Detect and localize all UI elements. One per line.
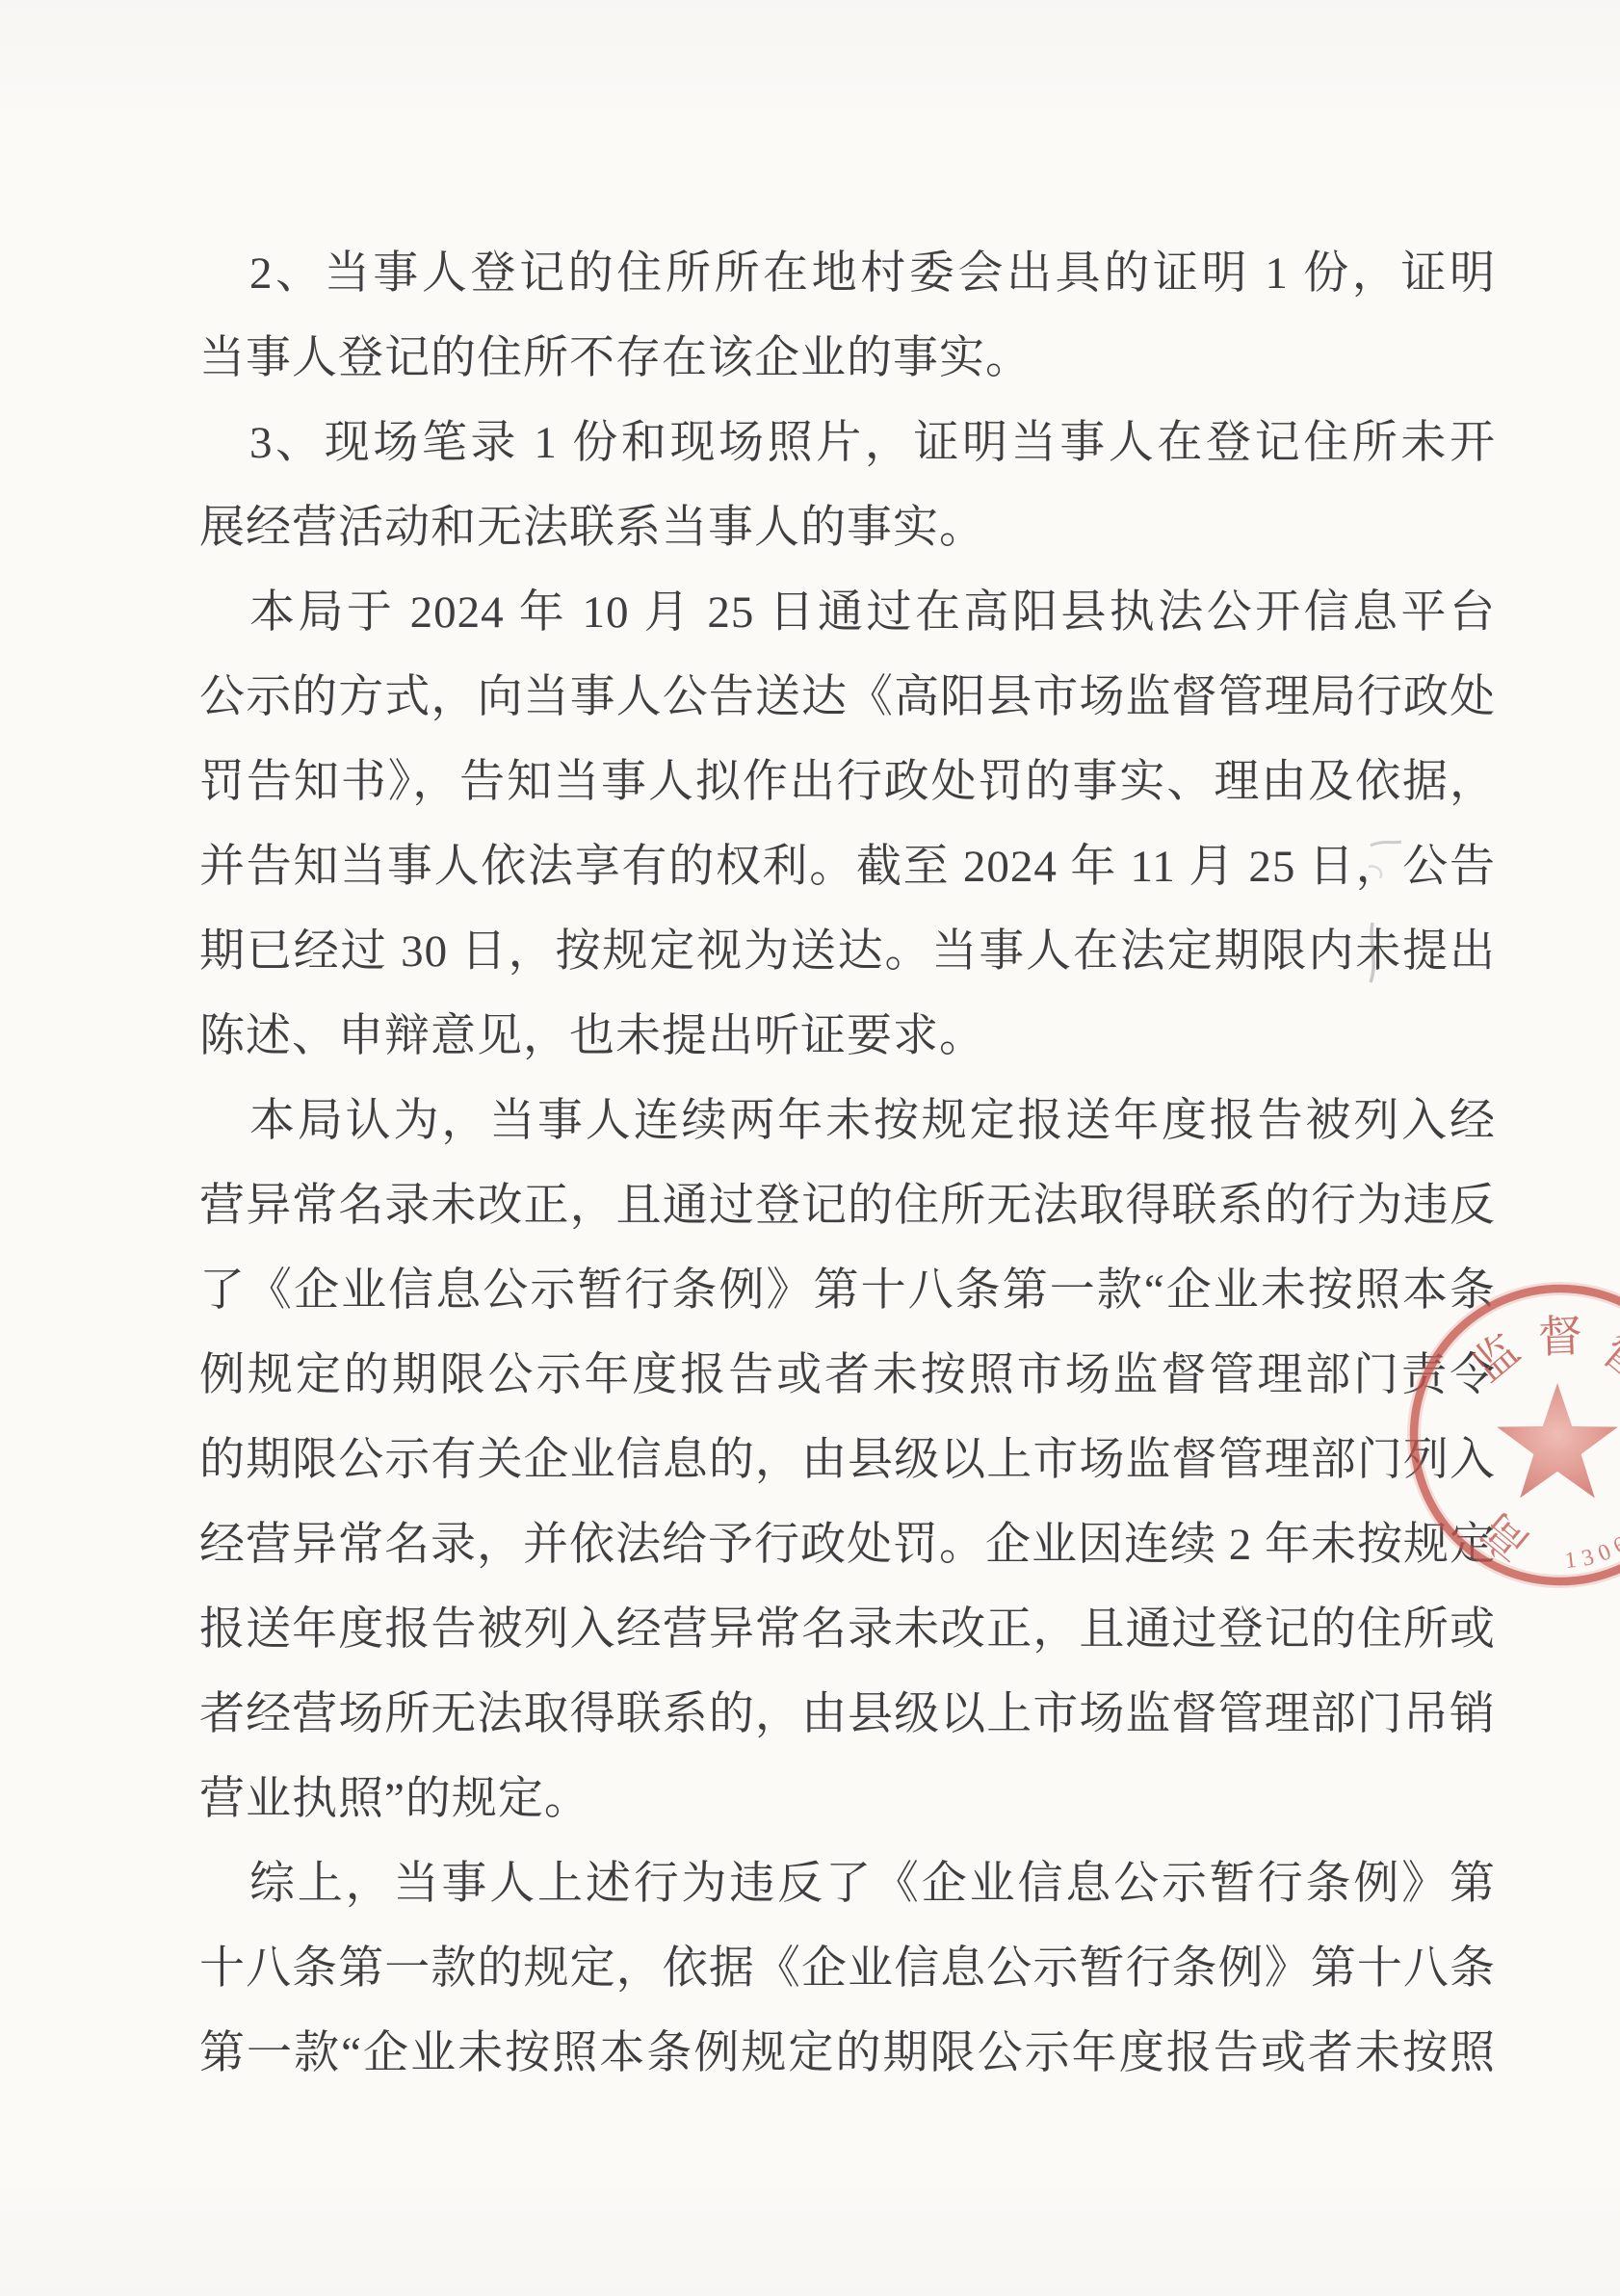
document-line: 当事人登记的住所不存在该企业的事实。 <box>199 316 1496 401</box>
document-line: 本局于 2024 年 10 月 25 日通过在高阳县执法公开信息平台 <box>199 570 1496 655</box>
document-line: 十八条第一款的规定，依据《企业信息公示暂行条例》第十八条 <box>199 1926 1496 2011</box>
document-line: 营异常名录未改正，且通过登记的住所无法取得联系的行为违反 <box>199 1163 1496 1248</box>
document-line: 并告知当事人依法享有的权利。截至 2024 年 11 月 25 日，公告 <box>199 824 1496 909</box>
document-line: 展经营活动和无法联系当事人的事实。 <box>199 485 1496 570</box>
document-page: 2、当事人登记的住所所在地村委会出具的证明 1 份，证明 当事人登记的住所不存在… <box>0 0 1620 2296</box>
document-line: 第一款“企业未按照本条例规定的期限公示年度报告或者未按照 <box>199 2011 1496 2096</box>
document-line: 2、当事人登记的住所所在地村委会出具的证明 1 份，证明 <box>199 231 1496 316</box>
seal-arc-char: 督 <box>1537 1312 1583 1363</box>
official-seal: 监 督 管 高 13062 <box>1368 1242 1620 1628</box>
document-line: 罚告知书》，告知当事人拟作出行政处罚的事实、理由及依据， <box>199 740 1496 824</box>
document-line: 者经营场所无法取得联系的，由县级以上市场监督管理部门吊销 <box>199 1672 1496 1757</box>
seal-arc-char: 管 <box>1592 1325 1620 1392</box>
document-line: 报送年度报告被列入经营异常名录未改正，且通过登记的住所或 <box>199 1587 1496 1672</box>
document-line: 本局认为，当事人连续两年未按规定报送年度报告被列入经 <box>199 1079 1496 1163</box>
document-line: 陈述、申辩意见，也未提出听证要求。 <box>199 994 1496 1079</box>
document-line: 期已经过 30 日，按规定视为送达。当事人在法定期限内未提出 <box>199 909 1496 994</box>
document-line: 了《企业信息公示暂行条例》第十八条第一款“企业未按照本条 <box>199 1248 1496 1333</box>
scan-artifact <box>1363 828 1411 1002</box>
document-body: 2、当事人登记的住所所在地村委会出具的证明 1 份，证明 当事人登记的住所不存在… <box>199 231 1496 2096</box>
document-line: 综上，当事人上述行为违反了《企业信息公示暂行条例》第 <box>199 1841 1496 1926</box>
document-line: 经营异常名录，并依法给予行政处罚。企业因连续 2 年未按规定 <box>199 1502 1496 1587</box>
document-line: 3、现场笔录 1 份和现场照片，证明当事人在登记住所未开 <box>199 401 1496 485</box>
document-line: 的期限公示有关企业信息的，由县级以上市场监督管理部门列入 <box>199 1418 1496 1502</box>
document-line: 公示的方式，向当事人公告送达《高阳县市场监督管理局行政处 <box>199 655 1496 740</box>
document-line: 例规定的期限公示年度报告或者未按照市场监督管理部门责令 <box>199 1333 1496 1418</box>
document-line: 营业执照”的规定。 <box>199 1757 1496 1841</box>
seal-star-icon <box>1497 1383 1618 1498</box>
seal-arc-char: 监 <box>1463 1325 1529 1392</box>
